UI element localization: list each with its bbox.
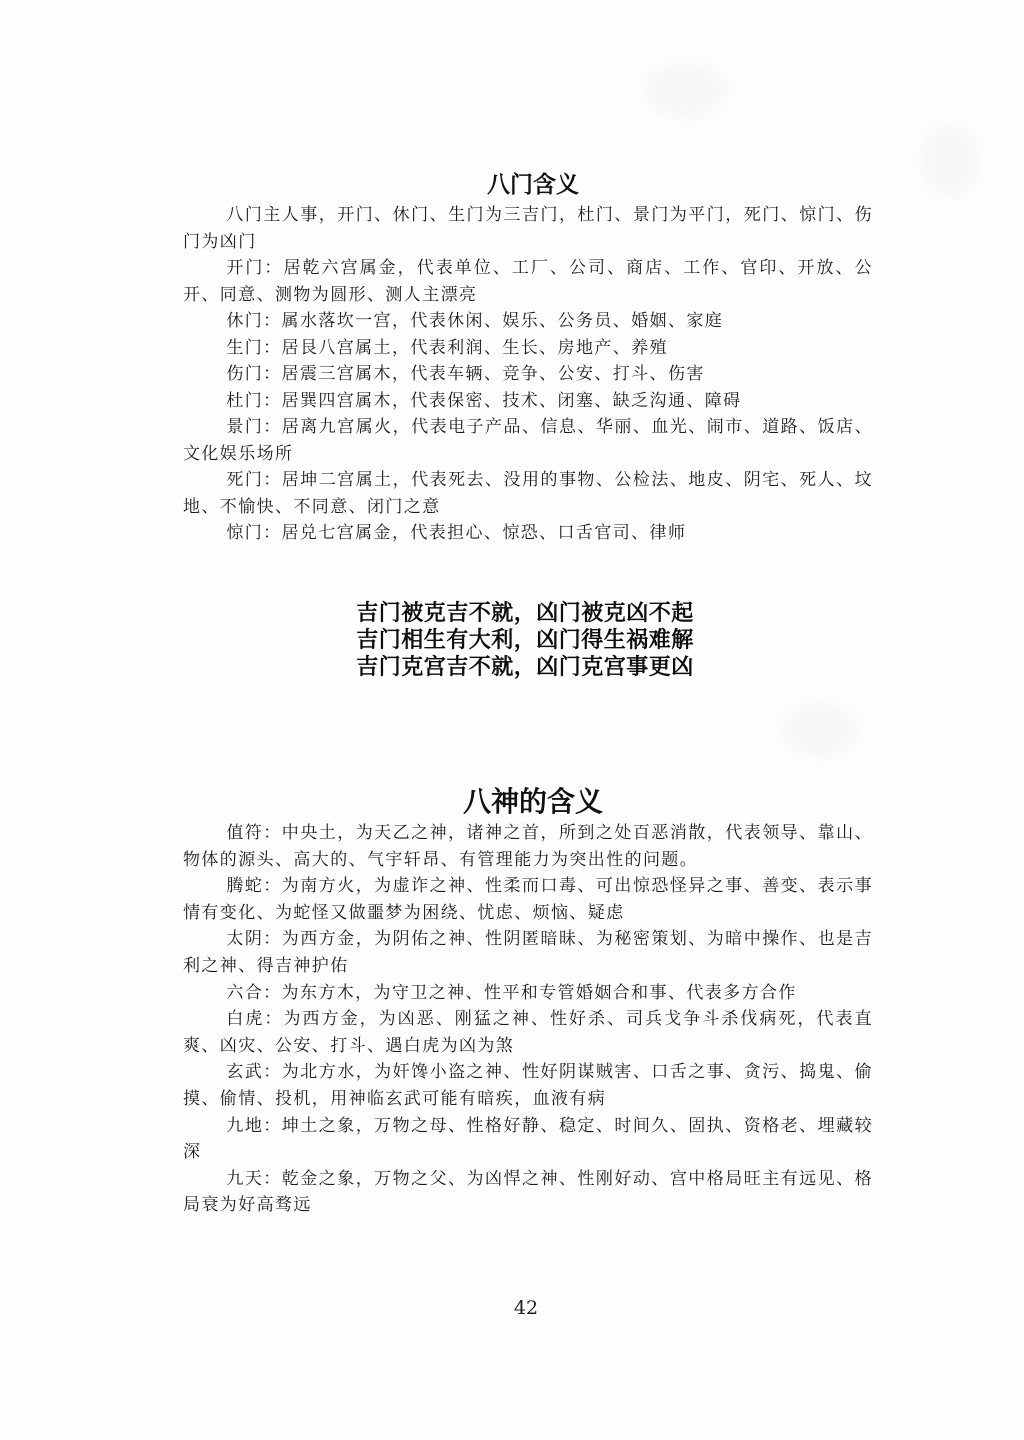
verse-line: 吉门被克吉不就，凶门被克凶不起	[0, 600, 1024, 627]
scan-artifact	[920, 120, 980, 200]
paragraph-teng-she: 腾蛇：为南方火，为虚诈之神、性柔而口毒、可出惊恐怪异之事、善变、表示事情有变化、…	[183, 873, 873, 926]
paragraph-sheng-men: 生门：居艮八宫属土，代表利润、生长、房地产、养殖	[183, 335, 873, 362]
scan-artifact	[640, 60, 730, 120]
page-number: 42	[0, 1297, 1024, 1319]
paragraph-tai-yin: 太阴：为西方金，为阴佑之神、性阴匿暗昧、为秘密策划、为暗中操作、也是吉利之神、得…	[183, 926, 873, 979]
paragraph-xiu-men: 休门：属水落坎一宫，代表休闲、娱乐、公务员、婚姻、家庭	[183, 308, 873, 335]
section-title-eight-spirits: 八神的含义	[183, 784, 873, 820]
eight-gates-paragraphs: 八门主人事，开门、休门、生门为三吉门，杜门、景门为平门，死门、惊门、伤门为凶门 …	[183, 202, 873, 547]
paragraph-jiu-di: 九地：坤土之象，万物之母、性格好静、稳定、时间久、固执、资格老、埋藏较深	[183, 1113, 873, 1166]
verse-line: 吉门克宫吉不就，凶门克宫事更凶	[0, 654, 1024, 681]
paragraph-jing-men-scenic: 景门：居离九宫属火，代表电子产品、信息、华丽、血光、闹市、道路、饭店、文化娱乐场…	[183, 414, 873, 467]
verse-block: 吉门被克吉不就，凶门被克凶不起 吉门相生有大利，凶门得生祸难解 吉门克宫吉不就，…	[0, 600, 1024, 681]
paragraph-si-men: 死门：居坤二宫属土，代表死去、没用的事物、公检法、地皮、阴宅、死人、坟地、不愉快…	[183, 467, 873, 520]
paragraph-intro: 八门主人事，开门、休门、生门为三吉门，杜门、景门为平门，死门、惊门、伤门为凶门	[183, 202, 873, 255]
paragraph-jiu-tian: 九天：乾金之象，万物之父、为凶悍之神、性刚好动、宫中格局旺主有远见、格局衰为好高…	[183, 1166, 873, 1219]
paragraph-zhi-fu: 值符：中央土，为天乙之神，诸神之首，所到之处百恶消散，代表领导、靠山、物体的源头…	[183, 820, 873, 873]
scan-artifact	[780, 700, 860, 760]
paragraph-liu-he: 六合：为东方木，为守卫之神、性平和专管婚姻合和事、代表多方合作	[183, 980, 873, 1007]
verse-line: 吉门相生有大利，凶门得生祸难解	[0, 627, 1024, 654]
paragraph-du-men: 杜门：居巽四宫属木，代表保密、技术、闭塞、缺乏沟通、障碍	[183, 388, 873, 415]
paragraph-bai-hu: 白虎：为西方金，为凶恶、刚猛之神、性好杀、司兵戈争斗杀伐病死，代表直爽、凶灾、公…	[183, 1006, 873, 1059]
paragraph-jing-men-fright: 惊门：居兑七宫属金，代表担心、惊恐、口舌官司、律师	[183, 520, 873, 547]
section-title-eight-gates: 八门含义	[183, 170, 873, 200]
paragraph-kai-men: 开门：居乾六宫属金，代表单位、工厂、公司、商店、工作、官印、开放、公开、同意、测…	[183, 255, 873, 308]
paragraph-shang-men: 伤门：居震三宫属木，代表车辆、竞争、公安、打斗、伤害	[183, 361, 873, 388]
paragraph-xuan-wu: 玄武：为北方水，为奸馋小盗之神、性好阴谋贼害、口舌之事、贪污、捣鬼、偷摸、偷情、…	[183, 1059, 873, 1112]
eight-spirits-paragraphs: 值符：中央土，为天乙之神，诸神之首，所到之处百恶消散，代表领导、靠山、物体的源头…	[183, 820, 873, 1219]
document-page: 八门含义 八门主人事，开门、休门、生门为三吉门，杜门、景门为平门，死门、惊门、伤…	[0, 0, 1024, 1440]
